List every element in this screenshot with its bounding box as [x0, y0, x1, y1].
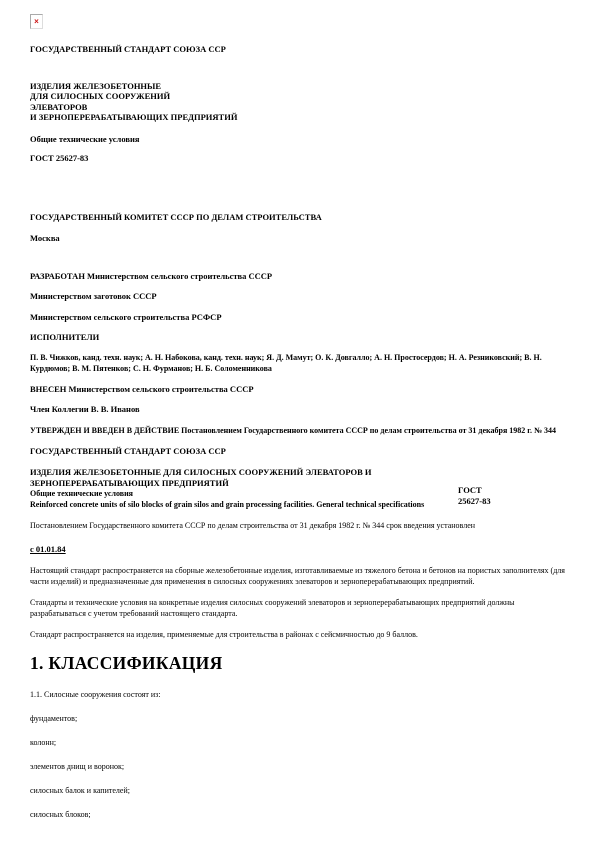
- document-page: × ГОСУДАРСТВЕННЫЙ СТАНДАРТ СОЮЗА ССР ИЗД…: [0, 0, 595, 820]
- submitted-by: ВНЕСЕН Министерством сельского строитель…: [30, 384, 567, 395]
- broken-image-x-icon: ×: [34, 18, 39, 26]
- executors-label: ИСПОЛНИТЕЛИ: [30, 332, 567, 343]
- title-line-1: ИЗДЕЛИЯ ЖЕЛЕЗОБЕТОННЫЕ: [30, 81, 567, 92]
- city-label: Москва: [30, 233, 567, 244]
- list-item-silo-blocks: силосных блоков;: [30, 809, 567, 820]
- title-line-4: И ЗЕРНОПЕРЕРАБАТЫВАЮЩИХ ПРЕДПРИЯТИЙ: [30, 112, 567, 123]
- standard-header: ГОСУДАРСТВЕННЫЙ СТАНДАРТ СОЮЗА ССР: [30, 44, 567, 55]
- title-line-2: ДЛЯ СИЛОСНЫХ СООРУЖЕНИЙ: [30, 91, 567, 102]
- list-item-columns: колонн;: [30, 737, 567, 748]
- gost-number: ГОСТ 25627-83: [30, 153, 567, 164]
- board-member: Член Коллегии В. В. Иванов: [30, 404, 567, 415]
- standard-number-cell: ГОСТ 25627-83: [458, 467, 491, 510]
- clause-1-1: 1.1. Силосные сооружения состоят из:: [30, 689, 567, 700]
- list-item-foundations: фундаментов;: [30, 713, 567, 724]
- developed-by-line-3: Министерством сельского строительства РС…: [30, 312, 567, 323]
- effective-date: с 01.01.84: [30, 544, 567, 555]
- developed-by-line-2: Министерством заготовок СССР: [30, 291, 567, 302]
- executors-list: П. В. Чижков, канд. техн. наук; А. Н. На…: [30, 352, 567, 374]
- list-item-bottoms-funnels: элементов днищ и воронок;: [30, 761, 567, 772]
- standard-title-cell: ИЗДЕЛИЯ ЖЕЛЕЗОБЕТОННЫЕ ДЛЯ СИЛОСНЫХ СООР…: [30, 467, 436, 510]
- standard-title-en: Reinforced concrete units of silo blocks…: [30, 499, 436, 510]
- paragraph-seismic: Стандарт распространяется на изделия, пр…: [30, 629, 567, 640]
- gost-label: ГОСТ: [458, 485, 491, 496]
- developed-by-line-1: РАЗРАБОТАН Министерством сельского строи…: [30, 271, 567, 282]
- broken-image-icon: ×: [30, 14, 43, 29]
- standard-header-2: ГОСУДАРСТВЕННЫЙ СТАНДАРТ СОЮЗА ССР: [30, 446, 567, 457]
- document-title-block: ИЗДЕЛИЯ ЖЕЛЕЗОБЕТОННЫЕ ДЛЯ СИЛОСНЫХ СООР…: [30, 81, 567, 123]
- title-line-3: ЭЛЕВАТОРОВ: [30, 102, 567, 113]
- decree-statement: Постановлением Государственного комитета…: [30, 520, 567, 531]
- committee-name: ГОСУДАРСТВЕННЫЙ КОМИТЕТ СССР ПО ДЕЛАМ СТ…: [30, 212, 567, 223]
- standard-title-ru: ИЗДЕЛИЯ ЖЕЛЕЗОБЕТОННЫЕ ДЛЯ СИЛОСНЫХ СООР…: [30, 467, 436, 488]
- standard-title-table: ИЗДЕЛИЯ ЖЕЛЕЗОБЕТОННЫЕ ДЛЯ СИЛОСНЫХ СООР…: [30, 467, 567, 510]
- gost-code: 25627-83: [458, 496, 491, 507]
- standard-subtitle-ru: Общие технические условия: [30, 488, 436, 499]
- section-1-title: 1. КЛАССИФИКАЦИЯ: [30, 653, 567, 674]
- paragraph-requirements: Стандарты и технические условия на конкр…: [30, 597, 567, 619]
- approval-statement: УТВЕРЖДЕН И ВВЕДЕН В ДЕЙСТВИЕ Постановле…: [30, 425, 567, 436]
- paragraph-scope: Настоящий стандарт распространяется на с…: [30, 565, 567, 587]
- list-item-silo-beams: силосных балок и капителей;: [30, 785, 567, 796]
- document-subtitle: Общие технические условия: [30, 134, 567, 145]
